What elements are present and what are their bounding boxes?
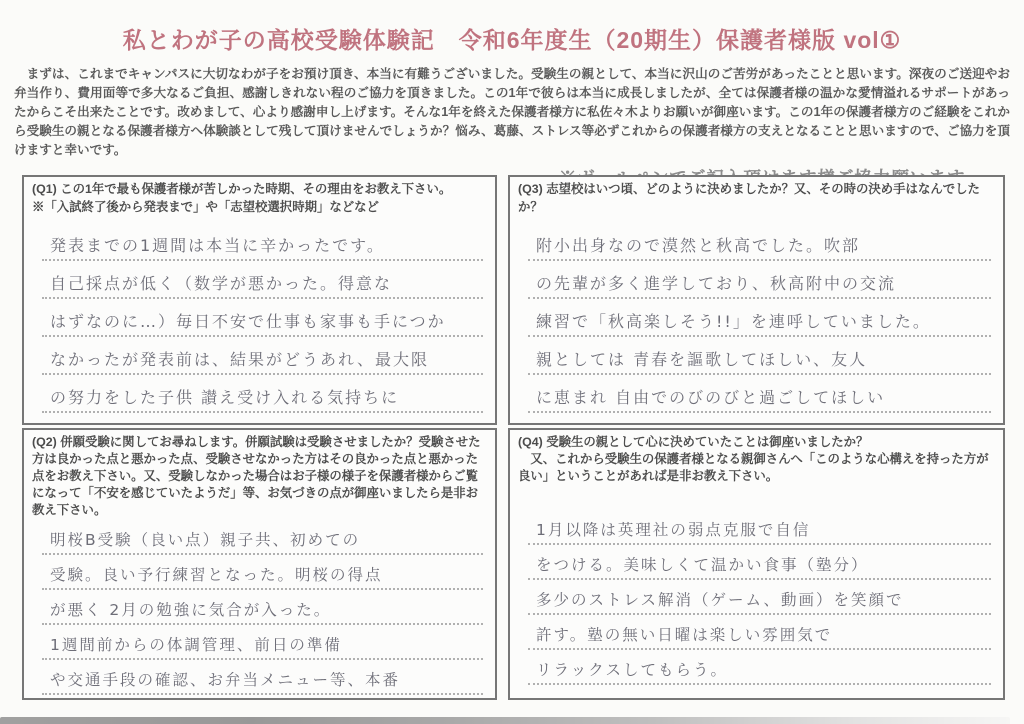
answer-area-q4: 1月以降は英理社の弱点克服で自信をつける。美味しくて温かい食事（塾分）多少のスト… — [518, 510, 995, 685]
handwritten-answer-line: 親としては 青春を謳歌してほしい、友人 — [528, 337, 991, 375]
question-q2-text: (Q2) 併願受験に関してお尋ねします。併願試験は受験させましたか？受験させた方… — [32, 434, 487, 520]
answer-area-q2: 明桜B受験（良い点）親子共、初めての受験。良い予行練習となった。明桜の得点が悪く… — [32, 520, 487, 700]
handwritten-answer-line: 変わりました。結果は自己採点＋30点 ☺ — [42, 413, 483, 425]
handwritten-answer-line: 1週間前からの体調管理、前日の準備 — [42, 625, 483, 660]
handwritten-answer-line: 受験。良い予行練習となった。明桜の得点 — [42, 555, 483, 590]
scan-paper-edge-shadow — [0, 717, 1010, 724]
printed-question-line: (Q3) 志望校はいつ頃、どのように決めましたか？又、その時の決め手はなんでした… — [518, 181, 995, 216]
question-box-q4: (Q4) 受験生の親として心に決めていたことは御座いましたか？ 又、これから受験… — [508, 428, 1005, 700]
printed-question-line: (Q4) 受験生の親として心に決めていたことは御座いましたか？ — [518, 434, 995, 451]
scanned-questionnaire-page: 私とわが子の高校受験体験記 令和6年度生（20期生）保護者様版 vol① まずは… — [0, 0, 1024, 724]
intro-paragraph: まずは、これまでキャンパスに大切なわが子をお預け頂き、本当に有難うございました。… — [14, 65, 1010, 159]
handwritten-answer-line: 1月以降は英理社の弱点克服で自信 — [528, 510, 991, 545]
answer-area-q3: 附小出身なので漠然と秋高でした。吹部の先輩が多く進学しており、秋高附中の交流練習… — [518, 223, 995, 425]
handwritten-answer-line: が悪く 2月の勉強に気合が入った。 — [42, 590, 483, 625]
printed-question-line: (Q2) 併願受験に関してお尋ねします。併願試験は受験させましたか？受験させた方… — [32, 434, 487, 520]
handwritten-answer-line: 練習で「秋高楽しそう!!」を連呼していました。 — [528, 299, 991, 337]
handwritten-answer-line: さながらです。（悪い点）費用面 お高い！ — [42, 695, 483, 700]
handwritten-answer-line: なかったが発表前は、結果がどうあれ、最大限 — [42, 337, 483, 375]
handwritten-answer-line: をつける。美味しくて温かい食事（塾分） — [528, 545, 991, 580]
printed-question-line: ※「入試終了後から発表まで」や「志望校選択時期」などなど — [32, 199, 487, 217]
question-box-q2: (Q2) 併願受験に関してお尋ねします。併願試験は受験させましたか？受験させた方… — [22, 428, 497, 700]
page-title: 私とわが子の高校受験体験記 令和6年度生（20期生）保護者様版 vol① — [0, 22, 1024, 55]
handwritten-answer-line: 明桜B受験（良い点）親子共、初めての — [42, 520, 483, 555]
question-box-q3: (Q3) 志望校はいつ頃、どのように決めましたか？又、その時の決め手はなんでした… — [508, 175, 1005, 425]
answer-area-q1: 発表までの1週間は本当に辛かったです。自己採点が低く（数学が悪かった。得意なはず… — [32, 223, 487, 425]
question-q3-text: (Q3) 志望校はいつ頃、どのように決めましたか？又、その時の決め手はなんでした… — [518, 181, 995, 223]
question-grid: (Q1) この1年で最も保護者様が苦しかった時期、その理由をお教え下さい。※「入… — [22, 175, 1005, 700]
handwritten-answer-line: 自己採点が低く（数学が悪かった。得意な — [42, 261, 483, 299]
question-box-q1: (Q1) この1年で最も保護者様が苦しかった時期、その理由をお教え下さい。※「入… — [22, 175, 497, 425]
printed-question-line: (Q1) この1年で最も保護者様が苦しかった時期、その理由をお教え下さい。 — [32, 181, 487, 199]
question-q4-text: (Q4) 受験生の親として心に決めていたことは御座いましたか？ 又、これから受験… — [518, 434, 995, 510]
handwritten-answer-line: はずなのに…）毎日不安で仕事も家事も手につか — [42, 299, 483, 337]
question-q1-text: (Q1) この1年で最も保護者様が苦しかった時期、その理由をお教え下さい。※「入… — [32, 181, 487, 223]
handwritten-answer-line: と願い、志望校は本人に任せていました。 — [528, 413, 991, 425]
handwritten-answer-line: の先輩が多く進学しており、秋高附中の交流 — [528, 261, 991, 299]
handwritten-answer-line: の努力をした子供 讃え受け入れる気持ちに — [42, 375, 483, 413]
handwritten-answer-line: や交通手段の確認、お弁当メニュー等、本番 — [42, 660, 483, 695]
handwritten-answer-line: リラックスしてもらう。 — [528, 650, 991, 685]
handwritten-answer-line: 発表までの1週間は本当に辛かったです。 — [42, 223, 483, 261]
handwritten-answer-line: 附小出身なので漠然と秋高でした。吹部 — [528, 223, 991, 261]
handwritten-answer-line: 多少のストレス解消（ゲーム、動画）を笑顔で — [528, 580, 991, 615]
printed-question-line: 又、これから受験生の保護者様となる親御さんへ「このような心構えを持った方が良い」… — [518, 451, 995, 485]
handwritten-answer-line: に恵まれ 自由でのびのびと過ごしてほしい — [528, 375, 991, 413]
handwritten-answer-line: 許す。塾の無い日曜は楽しい雰囲気で — [528, 615, 991, 650]
